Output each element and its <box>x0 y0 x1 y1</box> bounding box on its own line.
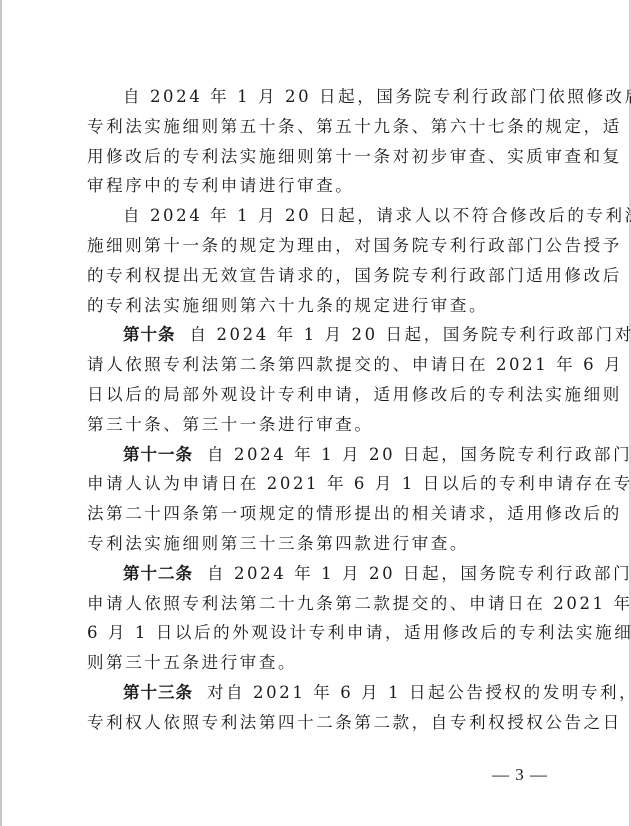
text-line: 第十三条对自 2021 年 6 月 1 日起公告授权的发明专利， <box>87 678 557 708</box>
text-line: 专利权人依照专利法第四十二条第二款，自专利权授权公告之日 <box>87 708 557 738</box>
text-line: 专利法实施细则第三十三条第四款进行审查。 <box>87 529 557 559</box>
text-line: 申请人认为申请日在 2021 年 6 月 1 日以后的专利申请存在专利 <box>87 469 557 499</box>
document-page: 自 2024 年 1 月 20 日起，国务院专利行政部门依照修改后的 专利法实施… <box>0 0 631 826</box>
text-line: 第三十条、第三十一条进行审查。 <box>87 410 557 440</box>
article-12: 第十二条自 2024 年 1 月 20 日起，国务院专利行政部门对 申请人依照专… <box>87 559 557 678</box>
text-line: 的专利法实施细则第六十九条的规定进行审查。 <box>87 291 557 321</box>
text-line: 第十二条自 2024 年 1 月 20 日起，国务院专利行政部门对 <box>87 559 557 589</box>
text-line: 的专利权提出无效宣告请求的，国务院专利行政部门适用修改后 <box>87 261 557 291</box>
article-10: 第十条自 2024 年 1 月 20 日起，国务院专利行政部门对申 请人依照专利… <box>87 320 557 439</box>
text-line: 自 2024 年 1 月 20 日起，请求人以不符合修改后的专利法实 <box>87 201 557 231</box>
article-text: 对自 2021 年 6 月 1 日起公告授权的发明专利， <box>207 683 631 702</box>
page-number: — 3 — <box>492 765 548 785</box>
text-line: 审程序中的专利申请进行审查。 <box>87 171 557 201</box>
text-line: 专利法实施细则第五十条、第五十九条、第六十七条的规定，适 <box>87 112 557 142</box>
text-line: 则第三十五条进行审查。 <box>87 648 557 678</box>
article-heading: 第十条 <box>123 325 176 344</box>
article-11: 第十一条自 2024 年 1 月 20 日起，国务院专利行政部门对 申请人认为申… <box>87 440 557 559</box>
article-heading: 第十二条 <box>123 564 193 583</box>
text-line: 法第二十四条第一项规定的情形提出的相关请求，适用修改后的 <box>87 499 557 529</box>
text-line: 请人依照专利法第二条第四款提交的、申请日在 2021 年 6 月 1 <box>87 350 557 380</box>
article-heading: 第十三条 <box>123 683 193 702</box>
text-line: 用修改后的专利法实施细则第十一条对初步审查、实质审查和复 <box>87 142 557 172</box>
paragraph-2: 自 2024 年 1 月 20 日起，请求人以不符合修改后的专利法实 施细则第十… <box>87 201 557 320</box>
text-line: 施细则第十一条的规定为理由，对国务院专利行政部门公告授予 <box>87 231 557 261</box>
article-heading: 第十一条 <box>123 445 193 464</box>
text-line: 第十一条自 2024 年 1 月 20 日起，国务院专利行政部门对 <box>87 440 557 470</box>
text-line: 申请人依照专利法第二十九条第二款提交的、申请日在 2021 年 <box>87 589 557 619</box>
text-line: 自 2024 年 1 月 20 日起，国务院专利行政部门依照修改后的 <box>87 82 557 112</box>
article-text: 自 2024 年 1 月 20 日起，国务院专利行政部门对申 <box>190 325 631 344</box>
article-13: 第十三条对自 2021 年 6 月 1 日起公告授权的发明专利， 专利权人依照专… <box>87 678 557 738</box>
article-text: 自 2024 年 1 月 20 日起，国务院专利行政部门对 <box>207 564 631 583</box>
paragraph-1: 自 2024 年 1 月 20 日起，国务院专利行政部门依照修改后的 专利法实施… <box>87 82 557 201</box>
text-line: 第十条自 2024 年 1 月 20 日起，国务院专利行政部门对申 <box>87 320 557 350</box>
text-line: 6 月 1 日以后的外观设计专利申请，适用修改后的专利法实施细 <box>87 618 557 648</box>
article-text: 自 2024 年 1 月 20 日起，国务院专利行政部门对 <box>207 445 631 464</box>
text-line: 日以后的局部外观设计专利申请，适用修改后的专利法实施细则 <box>87 380 557 410</box>
document-body: 自 2024 年 1 月 20 日起，国务院专利行政部门依照修改后的 专利法实施… <box>87 82 557 738</box>
